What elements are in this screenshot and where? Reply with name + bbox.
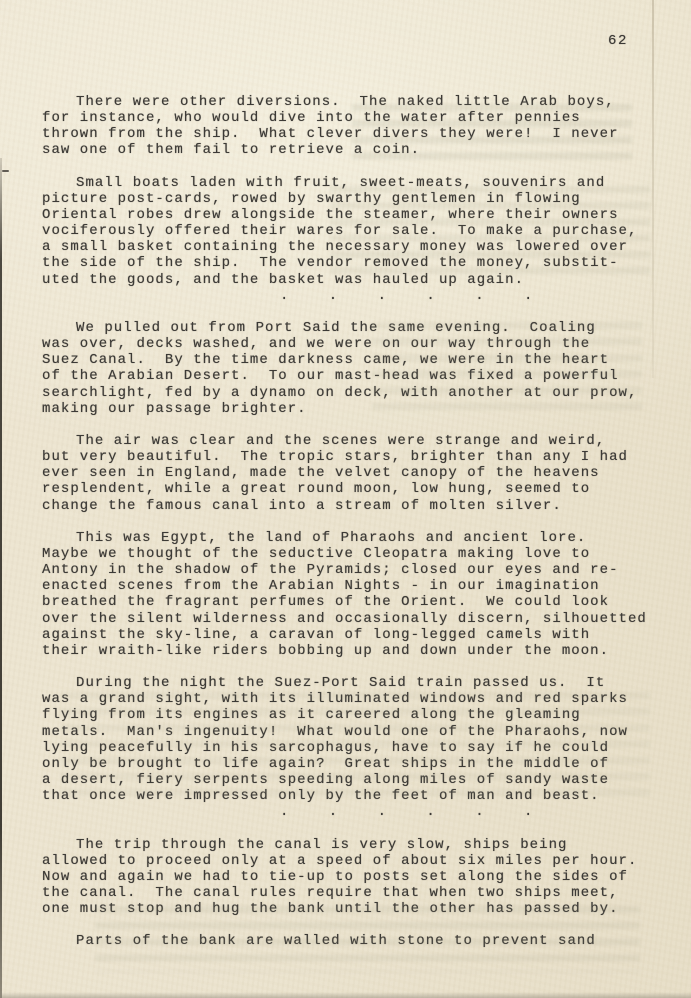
text-line: During the night the Suez-Port Said trai…	[42, 675, 662, 691]
text-line: Oriental robes drew alongside the steame…	[42, 207, 662, 223]
text-line: ever seen in England, made the velvet ca…	[42, 465, 662, 481]
scanned-page: 62 There were other diversions. The nake…	[0, 0, 691, 998]
document-text: There were other diversions. The naked l…	[42, 94, 662, 949]
section-separator: . . . . . .	[42, 288, 662, 304]
text-line: but very beautiful. The tropic stars, br…	[42, 449, 662, 465]
page-number: 62	[608, 33, 628, 49]
paragraph: There were other diversions. The naked l…	[42, 94, 662, 159]
paragraph: The air was clear and the scenes were st…	[42, 433, 662, 514]
paragraph: We pulled out from Port Said the same ev…	[42, 320, 662, 417]
text-line: that once were impressed only by the fee…	[42, 788, 662, 804]
text-line: thrown from the ship. What clever divers…	[42, 126, 662, 142]
text-line: a small basket containing the necessary …	[42, 239, 662, 255]
section-separator: . . . . . .	[42, 804, 662, 820]
text-line: saw one of them fail to retrieve a coin.	[42, 142, 662, 158]
text-line: The air was clear and the scenes were st…	[42, 433, 662, 449]
text-line: searchlight, fed by a dynamo on deck, wi…	[42, 385, 662, 401]
text-line: one must stop and hug the bank until the…	[42, 901, 662, 917]
paragraph: Small boats laden with fruit, sweet-meat…	[42, 175, 662, 288]
text-line: over the silent wilderness and occasiona…	[42, 611, 662, 627]
scan-edge-bottom	[0, 992, 691, 998]
text-line: vociferously offered their wares for sal…	[42, 223, 662, 239]
paragraph: The trip through the canal is very slow,…	[42, 837, 662, 918]
text-line: their wraith-like riders bobbing up and …	[42, 643, 662, 659]
text-line: for instance, who would dive into the wa…	[42, 110, 662, 126]
text-line: was a grand sight, with its illuminated …	[42, 691, 662, 707]
text-line: change the famous canal into a stream of…	[42, 498, 662, 514]
text-line: We pulled out from Port Said the same ev…	[42, 320, 662, 336]
text-line: a desert, fiery serpents speeding along …	[42, 772, 662, 788]
text-line: resplendent, while a great round moon, l…	[42, 481, 662, 497]
text-line: making our passage brighter.	[42, 401, 662, 417]
text-line: picture post-cards, rowed by swarthy gen…	[42, 191, 662, 207]
text-line: breathed the fragrant perfumes of the Or…	[42, 594, 662, 610]
text-line: of the Arabian Desert. To our mast-head …	[42, 368, 662, 384]
paragraph: Parts of the bank are walled with stone …	[42, 933, 662, 949]
text-line: Suez Canal. By the time darkness came, w…	[42, 352, 662, 368]
text-line: There were other diversions. The naked l…	[42, 94, 662, 110]
text-line: metals. Man's ingenuity! What would one …	[42, 724, 662, 740]
text-line: Small boats laden with fruit, sweet-meat…	[42, 175, 662, 191]
scan-mark	[2, 170, 9, 172]
text-line: uted the goods, and the basket was haule…	[42, 272, 662, 288]
text-line: The trip through the canal is very slow,…	[42, 837, 662, 853]
text-line: the side of the ship. The vendor removed…	[42, 255, 662, 271]
text-line: was over, decks washed, and we were on o…	[42, 336, 662, 352]
text-line: the canal. The canal rules require that …	[42, 885, 662, 901]
text-line: Maybe we thought of the seductive Cleopa…	[42, 546, 662, 562]
text-line: Parts of the bank are walled with stone …	[42, 933, 662, 949]
text-line: Antony in the shadow of the Pyramids; cl…	[42, 562, 662, 578]
text-line: against the sky-line, a caravan of long-…	[42, 627, 662, 643]
text-line: allowed to proceed only at a speed of ab…	[42, 853, 662, 869]
paragraph: This was Egypt, the land of Pharaohs and…	[42, 530, 662, 659]
text-line: flying from its engines as it careered a…	[42, 707, 662, 723]
paragraph: During the night the Suez-Port Said trai…	[42, 675, 662, 804]
text-line: This was Egypt, the land of Pharaohs and…	[42, 530, 662, 546]
paper-crease	[652, 0, 654, 378]
text-line: enacted scenes from the Arabian Nights -…	[42, 578, 662, 594]
text-line: only be brought to life again? Great shi…	[42, 756, 662, 772]
text-line: lying peacefully in his sarcophagus, hav…	[42, 740, 662, 756]
text-line: Now and again we had to tie-up to posts …	[42, 869, 662, 885]
scan-edge-left	[0, 158, 2, 998]
